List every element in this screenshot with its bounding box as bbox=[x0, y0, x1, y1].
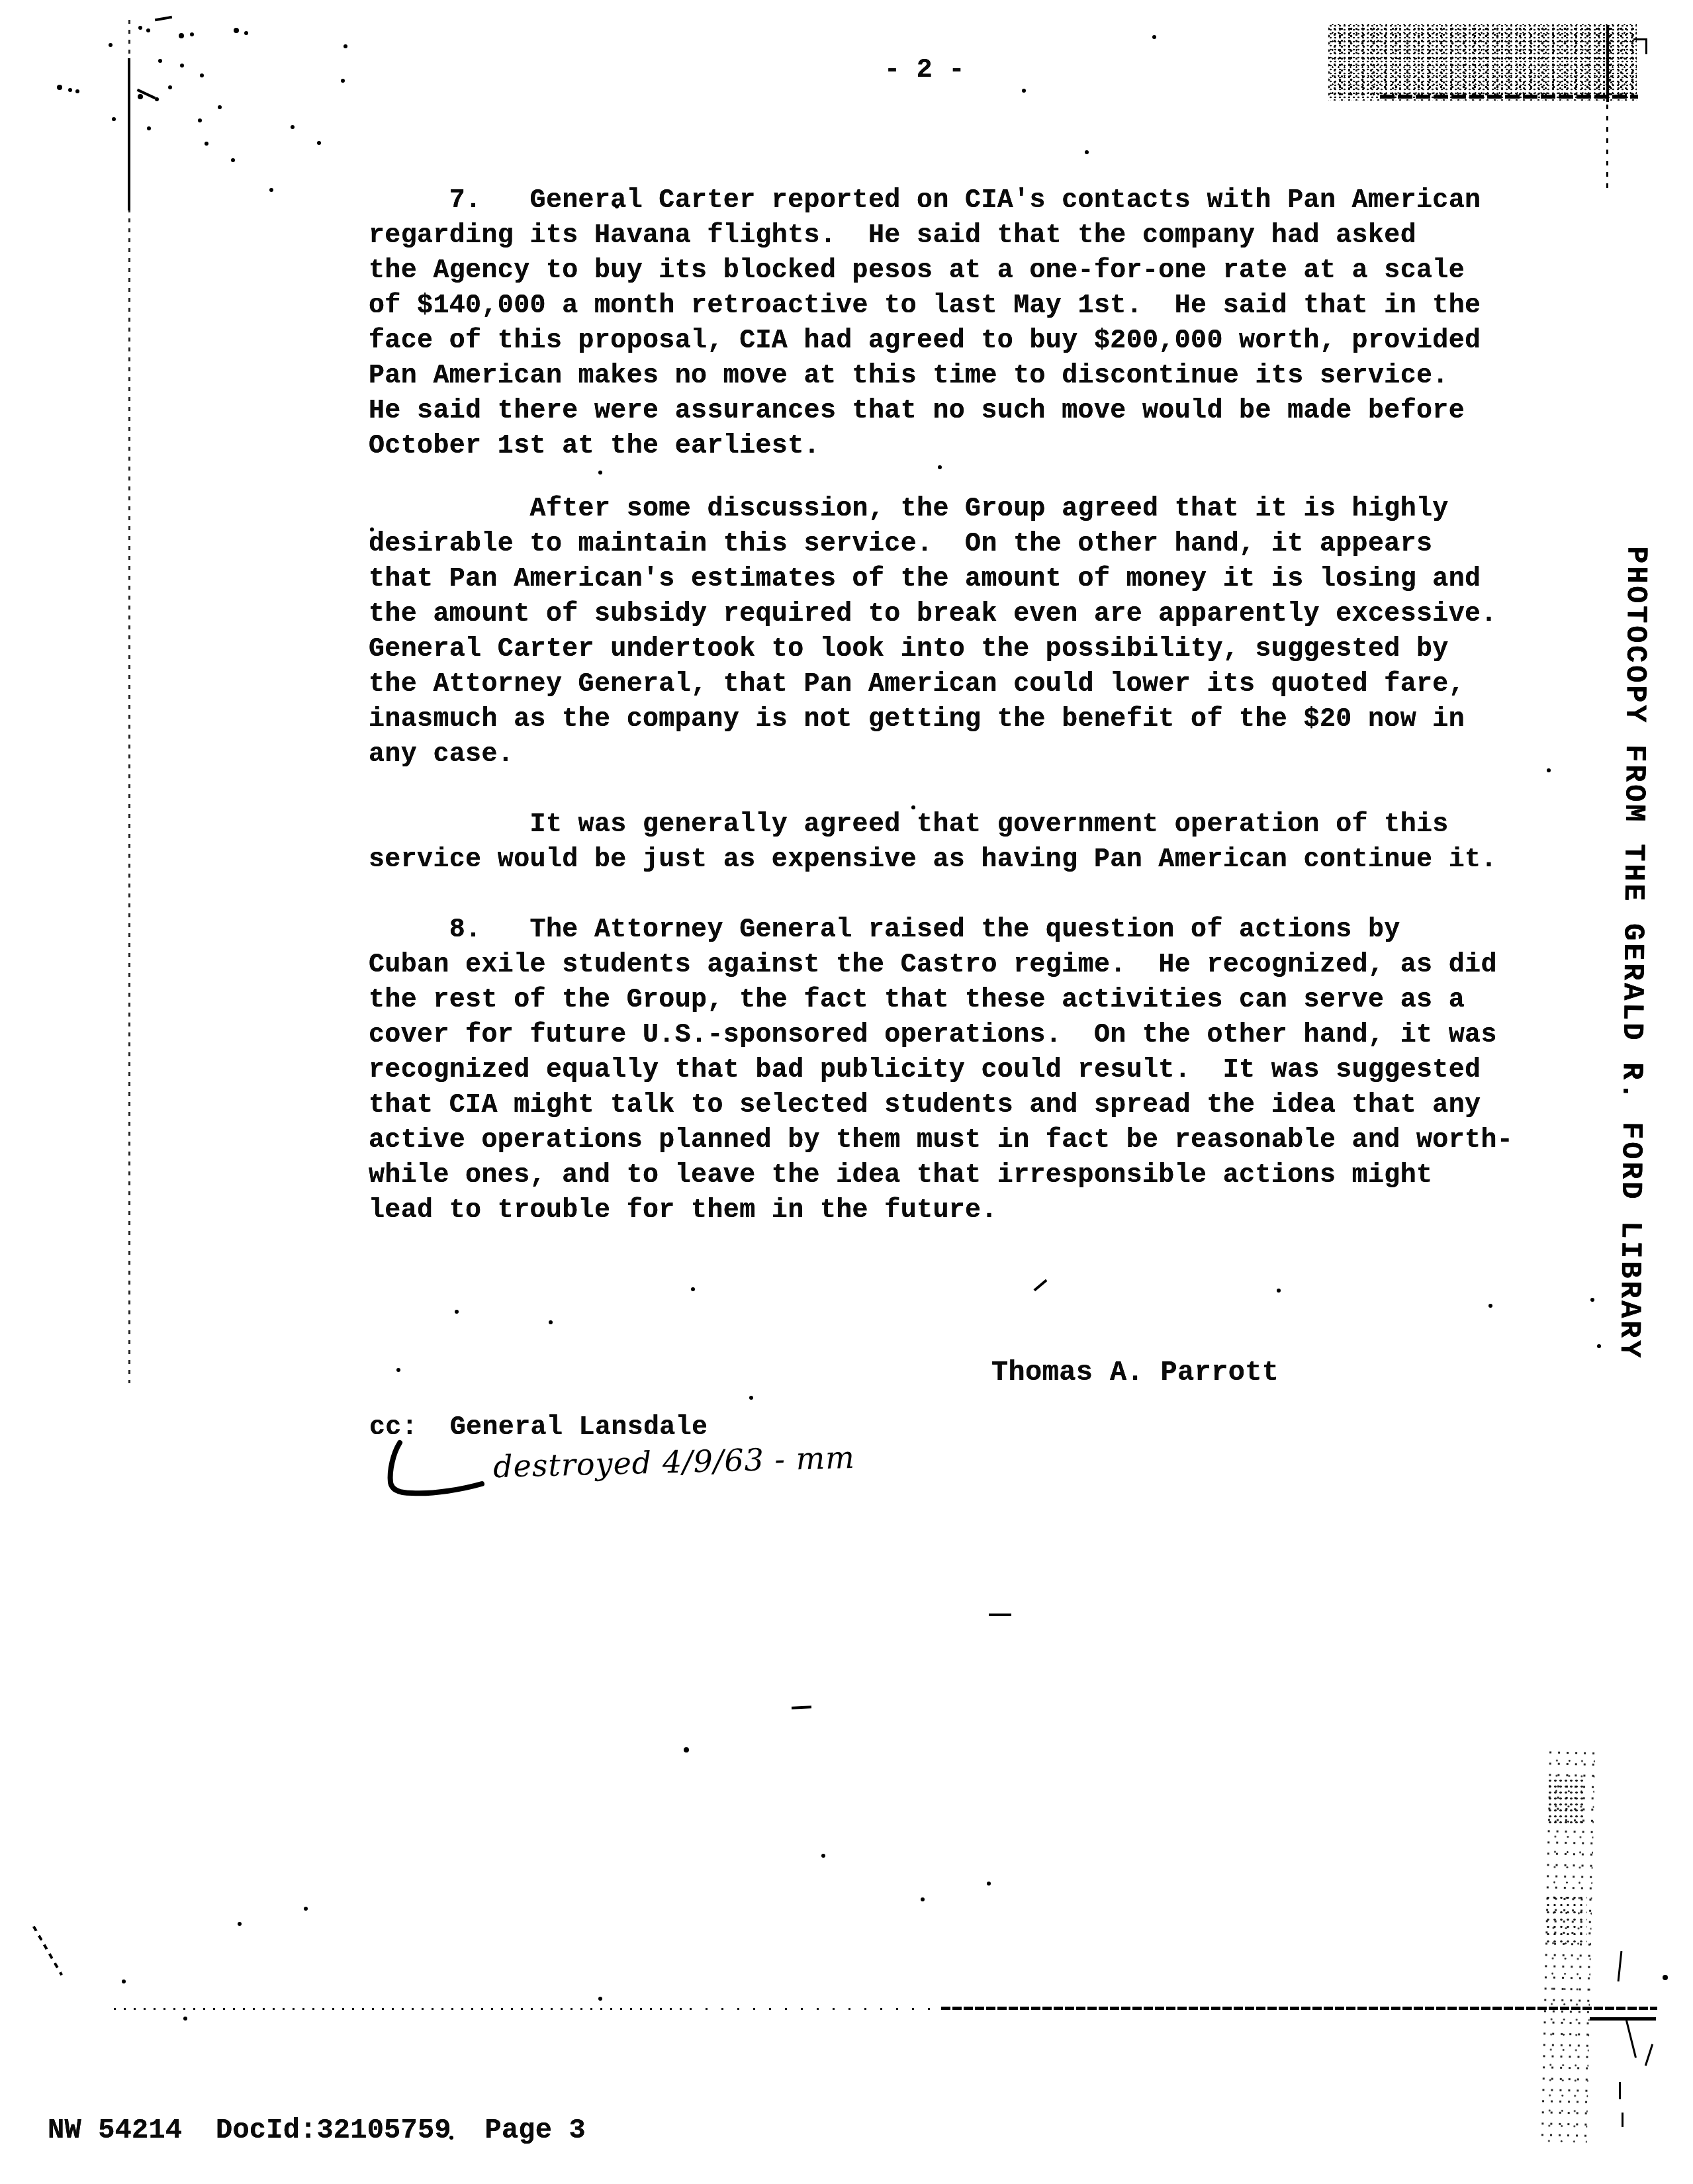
bottom-dotted-rule bbox=[114, 2008, 690, 2010]
photocopy-smudge-baseline bbox=[1380, 95, 1638, 99]
bottom-dotted-rule bbox=[1590, 2017, 1656, 2021]
scratch-mark bbox=[1625, 2020, 1637, 2058]
noise-streak-cluster bbox=[1545, 1894, 1587, 1943]
stray-dash bbox=[989, 1614, 1011, 1616]
page-number: - 2 - bbox=[884, 53, 965, 88]
left-fold-line-solid bbox=[128, 58, 130, 210]
diagonal-scratch bbox=[32, 1926, 63, 1976]
stray-dash bbox=[792, 1706, 811, 1709]
paragraph-agreement: It was generally agreed that government … bbox=[369, 807, 1497, 878]
corner-mark bbox=[1633, 38, 1647, 40]
photocopy-stamp-vertical: PHOTOCOPY FROM THE GERALD R. FORD LIBRAR… bbox=[1608, 546, 1652, 1387]
scratch-mark bbox=[1618, 1951, 1623, 1981]
handwritten-note: destroyed 4/9/63 - mm bbox=[492, 1439, 855, 1484]
photocopy-smudge bbox=[1328, 24, 1637, 101]
scratch-mark bbox=[1622, 2113, 1624, 2127]
photocopy-smudge-line bbox=[1606, 25, 1609, 102]
scratch-mark bbox=[1645, 2044, 1653, 2066]
nara-footer: NW 54214 DocId:32105759 Page 3 bbox=[48, 2113, 586, 2148]
cc-line: cc: General Lansdale bbox=[369, 1410, 708, 1445]
bottom-dotted-rule bbox=[690, 2008, 941, 2010]
noise-speckles bbox=[0, 0, 3, 3]
scratch-mark bbox=[1619, 2082, 1621, 2099]
stray-dash bbox=[1034, 1279, 1048, 1291]
paragraph-8: 8. The Attorney General raised the quest… bbox=[369, 913, 1513, 1228]
corner-mark bbox=[1645, 38, 1647, 54]
stray-dash bbox=[137, 89, 156, 99]
stray-dash bbox=[155, 16, 172, 21]
left-fold-line bbox=[128, 20, 130, 1383]
signature-name: Thomas A. Parrott bbox=[991, 1355, 1279, 1390]
photocopy-smudge-line-dashes bbox=[1606, 105, 1608, 188]
noise-streak-cluster bbox=[1547, 1778, 1586, 1825]
paragraph-discussion: After some discussion, the Group agreed … bbox=[369, 492, 1497, 772]
scanned-memo-page: - 2 - 7. General Carter reported on CIA'… bbox=[0, 0, 1693, 2184]
paragraph-7: 7. General Carter reported on CIA's cont… bbox=[369, 183, 1481, 464]
